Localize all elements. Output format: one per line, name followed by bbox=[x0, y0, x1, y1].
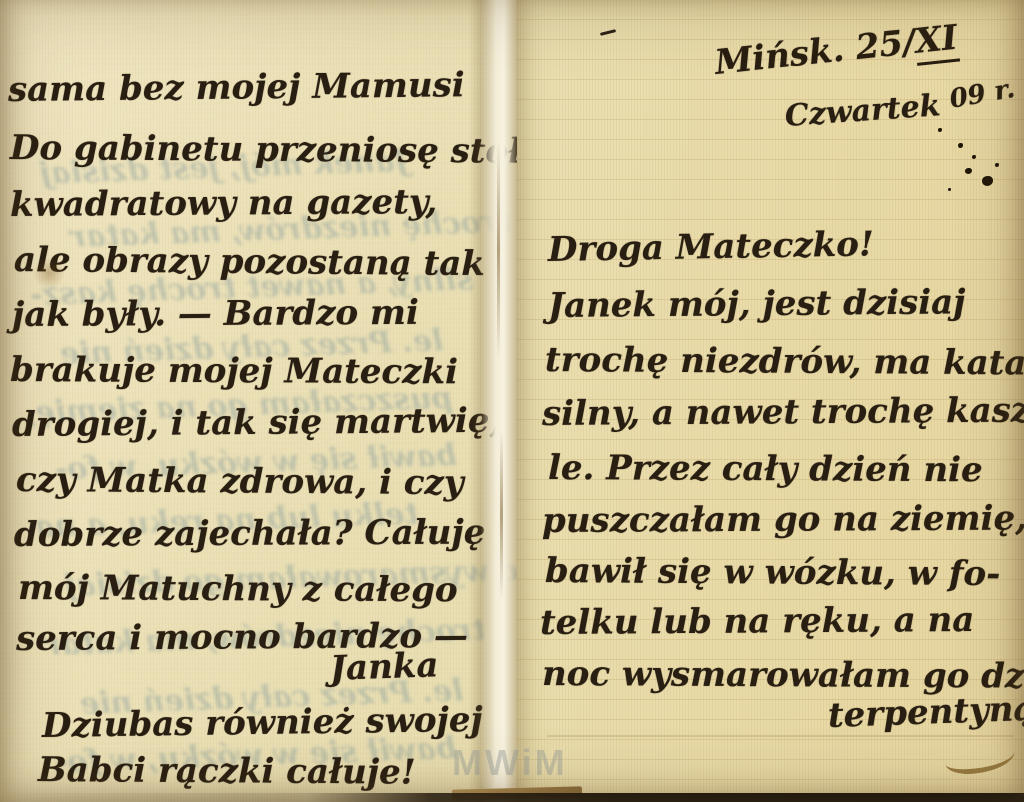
handwritten-line: Babci rączki całuje! bbox=[38, 752, 416, 792]
archive-watermark: MWiM bbox=[452, 742, 568, 784]
salutation: Droga Mateczko! bbox=[548, 226, 874, 269]
scanned-letter: Janek mój, jest dzisiaj trochę niezdrów,… bbox=[0, 0, 1024, 802]
handwritten-line: jak były. — Bardzo mi bbox=[12, 295, 419, 335]
handwritten-line: mój Matuchny z całego bbox=[18, 570, 458, 610]
paper-crease bbox=[547, 735, 1014, 737]
scan-edge bbox=[0, 793, 1024, 802]
handwritten-line: czy Matka zdrowa, i czy bbox=[16, 462, 464, 503]
paper-stain bbox=[32, 258, 66, 288]
handwritten-line: brakuje mojej Mateczki bbox=[10, 352, 458, 392]
handwritten-line: kwadratowy na gazety, bbox=[10, 184, 437, 224]
handwritten-line: Do gabinetu przeniosę stół bbox=[10, 130, 522, 171]
handwritten-line: puszczałam go na ziemię, bbox=[542, 500, 1024, 540]
fold-streak bbox=[497, 140, 500, 360]
handwritten-line: drogiej, i tak się martwię, bbox=[12, 403, 502, 445]
handwritten-line: sama bez mojej Mamusi bbox=[8, 67, 465, 109]
closing-word: terpentyną. bbox=[827, 690, 1024, 735]
handwritten-line: silny, a nawet trochę kasz- bbox=[542, 392, 1024, 433]
handwritten-line: ale obrazy pozostaną tak bbox=[14, 242, 485, 283]
dateline-month: XI bbox=[913, 18, 960, 66]
handwritten-line: Janek mój, jest dzisiaj bbox=[548, 284, 966, 325]
handwritten-line: bawił się w wózku, w fo- bbox=[545, 553, 1001, 594]
signature: Janka bbox=[329, 647, 439, 688]
handwritten-line: trochę niezdrów, ma katar bbox=[545, 342, 1024, 383]
handwritten-line: dobrze zajechała? Całuję bbox=[14, 515, 486, 555]
left-page: Janek mój, jest dzisiaj trochę niezdrów,… bbox=[0, 0, 497, 802]
handwritten-line: le. Przez cały dzień nie bbox=[548, 450, 983, 490]
handwritten-line: noc wysmarowałam go dzisiaj bbox=[542, 656, 1024, 696]
handwritten-line: Dziubas również swojej bbox=[42, 702, 483, 746]
handwritten-line: telku lub na ręku, a na bbox=[540, 602, 975, 642]
fold-streak bbox=[500, 430, 503, 600]
